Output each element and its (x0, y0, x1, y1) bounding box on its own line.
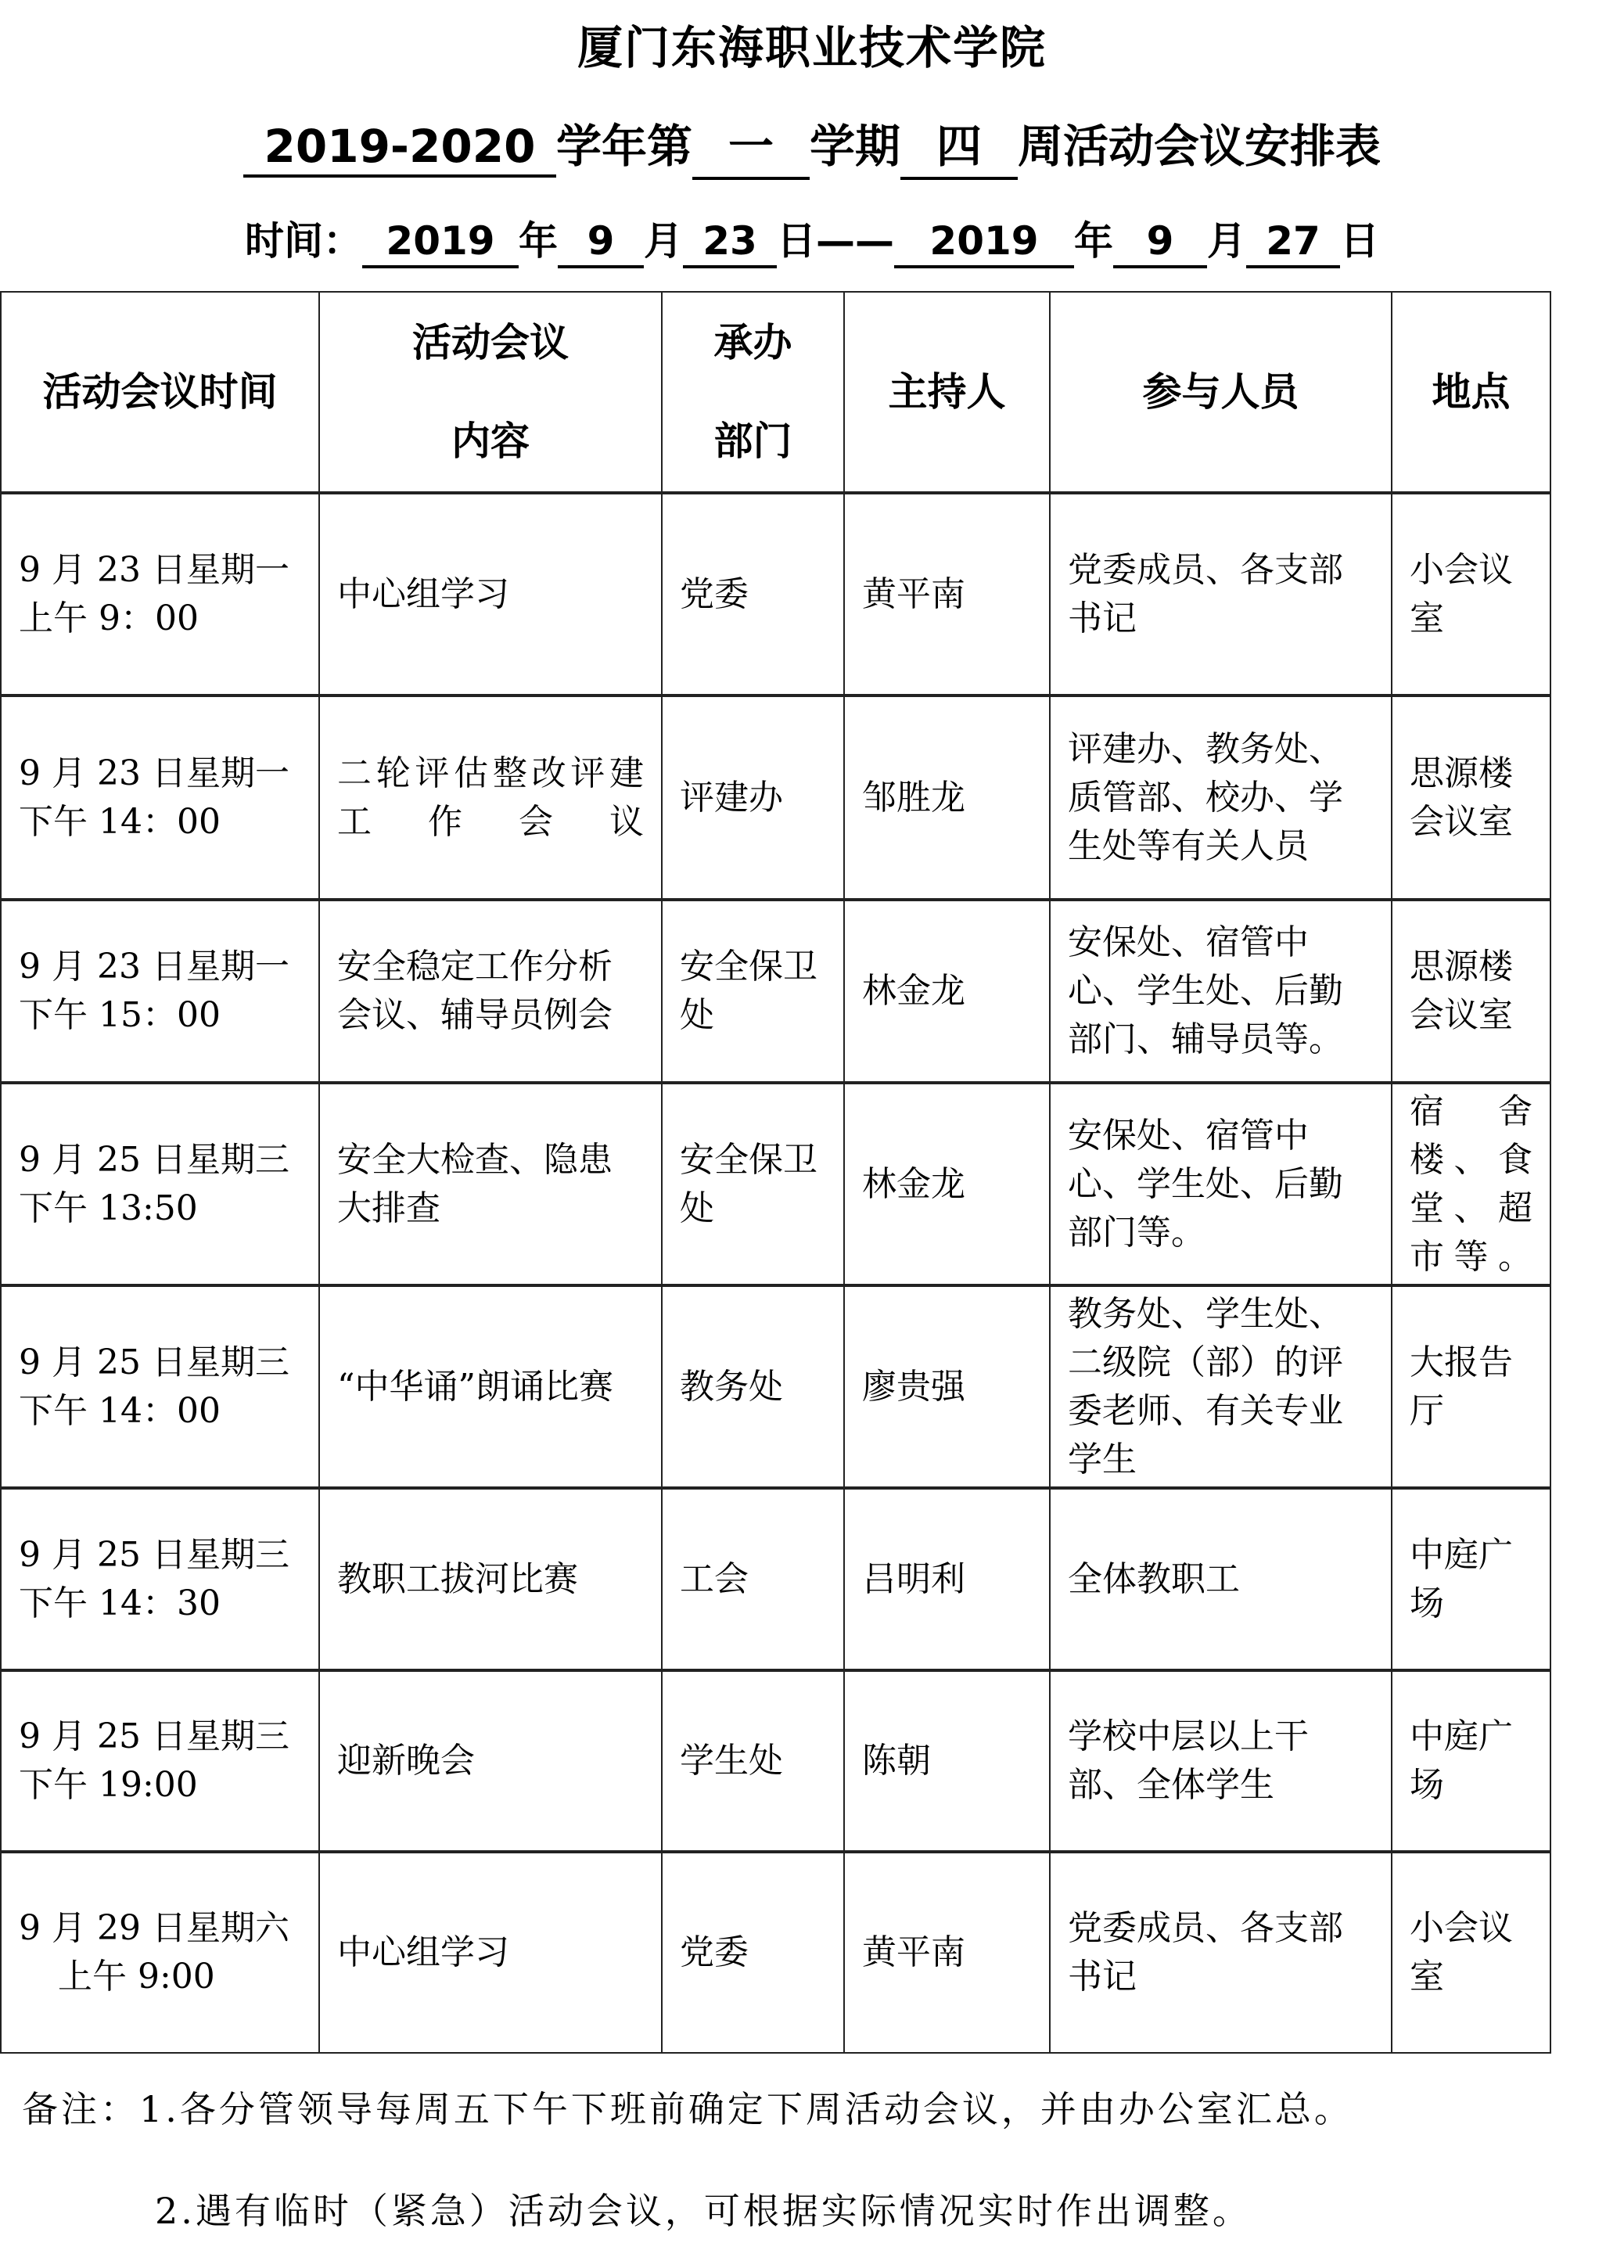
table-header-row: 活动会议时间 活动会议内容 承办部门 主持人 参与人员 地点 (1, 292, 1550, 493)
cell-location: 思源楼会议室 (1392, 695, 1550, 900)
cell-host: 黄平南 (844, 493, 1050, 695)
table-row: 9 月 25 日星期三下午 13:50 安全大检查、隐患大排查 安全保卫处 林金… (1, 1083, 1550, 1285)
end-year: 2019 (894, 218, 1074, 268)
year-unit-2: 年 (1074, 218, 1113, 264)
cell-time: 9 月 25 日星期三下午 14：30 (1, 1488, 319, 1670)
cell-content: 中心组学习 (319, 493, 662, 695)
cell-host: 林金龙 (844, 1083, 1050, 1285)
header-participants: 参与人员 (1050, 292, 1392, 493)
start-day: 23 (683, 218, 777, 268)
cell-content: 安全稳定工作分析会议、辅导员例会 (319, 900, 662, 1083)
date-label: 时间： (245, 218, 362, 264)
cell-location: 中庭广场 (1392, 1670, 1550, 1852)
subtitle-text-3: 周活动会议安排表 (1018, 120, 1381, 173)
cell-host: 黄平南 (844, 1852, 1050, 2053)
cell-dept: 党委 (662, 1852, 844, 2053)
subtitle-text-1: 学年第 (556, 120, 692, 173)
cell-location: 宿舍楼、食堂、超市等。 (1392, 1083, 1550, 1285)
schedule-title: 2019-2020学年第一学期四周活动会议安排表 (0, 110, 1624, 180)
cell-content: 安全大检查、隐患大排查 (319, 1083, 662, 1285)
table-row: 9 月 23 日星期一上午 9：00 中心组学习 党委 黄平南 党委成员、各支部… (1, 493, 1550, 695)
date-range: 时间：2019年9月23日——2019年9月27日 (0, 210, 1624, 268)
semester-number: 一 (692, 110, 810, 180)
cell-content: 中心组学习 (319, 1852, 662, 2053)
start-year: 2019 (362, 218, 519, 268)
day-unit-2: 日 (1340, 218, 1379, 264)
institution-title: 厦门东海职业技术学院 (0, 11, 1624, 77)
date-separator: —— (816, 218, 894, 264)
cell-dept: 学生处 (662, 1670, 844, 1852)
header-content: 活动会议内容 (319, 292, 662, 493)
month-unit-2: 月 (1207, 218, 1246, 264)
cell-participants: 党委成员、各支部书记 (1050, 493, 1392, 695)
cell-location: 思源楼会议室 (1392, 900, 1550, 1083)
cell-content: 教职工拔河比赛 (319, 1488, 662, 1670)
cell-participants: 教务处、学生处、二级院（部）的评委老师、有关专业学生 (1050, 1285, 1392, 1488)
cell-dept: 教务处 (662, 1285, 844, 1488)
cell-time: 9 月 23 日星期一下午 15：00 (1, 900, 319, 1083)
cell-dept: 评建办 (662, 695, 844, 900)
end-month: 9 (1113, 218, 1207, 268)
cell-participants: 学校中层以上干部、全体学生 (1050, 1670, 1392, 1852)
cell-host: 吕明利 (844, 1488, 1050, 1670)
cell-participants: 评建办、教务处、质管部、校办、学生处等有关人员 (1050, 695, 1392, 900)
day-unit: 日 (777, 218, 816, 264)
academic-year: 2019-2020 (243, 120, 556, 178)
cell-participants: 安保处、宿管中心、学生处、后勤部门、辅导员等。 (1050, 900, 1392, 1083)
table-row: 9 月 23 日星期一下午 14：00 二轮评估整改评建工作会议 评建办 邹胜龙… (1, 695, 1550, 900)
note-line-2: 2.遇有临时（紧急）活动会议，可根据实际情况实时作出调整。 (155, 2183, 1252, 2234)
cell-time: 9 月 25 日星期三下午 19:00 (1, 1670, 319, 1852)
cell-dept: 党委 (662, 493, 844, 695)
table-row: 9 月 23 日星期一下午 15：00 安全稳定工作分析会议、辅导员例会 安全保… (1, 900, 1550, 1083)
table-row: 9 月 29 日星期六上午 9:00 中心组学习 党委 黄平南 党委成员、各支部… (1, 1852, 1550, 2053)
schedule-table: 活动会议时间 活动会议内容 承办部门 主持人 参与人员 地点 9 月 23 日星… (0, 291, 1551, 2054)
header-location: 地点 (1392, 292, 1550, 493)
cell-time: 9 月 25 日星期三下午 13:50 (1, 1083, 319, 1285)
header-dept: 承办部门 (662, 292, 844, 493)
cell-participants: 安保处、宿管中心、学生处、后勤部门等。 (1050, 1083, 1392, 1285)
start-month: 9 (558, 218, 644, 268)
cell-host: 廖贵强 (844, 1285, 1050, 1488)
header-time: 活动会议时间 (1, 292, 319, 493)
week-number: 四 (900, 110, 1018, 180)
header-host: 主持人 (844, 292, 1050, 493)
cell-dept: 工会 (662, 1488, 844, 1670)
cell-host: 邹胜龙 (844, 695, 1050, 900)
note-line-1: 备注：1.各分管领导每周五下午下班前确定下周活动会议，并由办公室汇总。 (22, 2081, 1353, 2133)
cell-location: 小会议室 (1392, 493, 1550, 695)
table-row: 9 月 25 日星期三下午 19:00 迎新晚会 学生处 陈朝 学校中层以上干部… (1, 1670, 1550, 1852)
cell-participants: 全体教职工 (1050, 1488, 1392, 1670)
cell-time: 9 月 23 日星期一下午 14：00 (1, 695, 319, 900)
cell-location: 中庭广场 (1392, 1488, 1550, 1670)
cell-content: 二轮评估整改评建工作会议 (319, 695, 662, 900)
subtitle-text-2: 学期 (810, 120, 900, 173)
cell-time: 9 月 25 日星期三下午 14：00 (1, 1285, 319, 1488)
year-unit: 年 (519, 218, 558, 264)
cell-host: 林金龙 (844, 900, 1050, 1083)
cell-host: 陈朝 (844, 1670, 1050, 1852)
cell-dept: 安全保卫处 (662, 1083, 844, 1285)
cell-participants: 党委成员、各支部书记 (1050, 1852, 1392, 2053)
month-unit: 月 (644, 218, 683, 264)
cell-location: 大报告厅 (1392, 1285, 1550, 1488)
cell-location: 小会议室 (1392, 1852, 1550, 2053)
table-row: 9 月 25 日星期三下午 14：30 教职工拔河比赛 工会 吕明利 全体教职工… (1, 1488, 1550, 1670)
cell-time: 9 月 23 日星期一上午 9：00 (1, 493, 319, 695)
cell-content: “中华诵”朗诵比赛 (319, 1285, 662, 1488)
cell-content: 迎新晚会 (319, 1670, 662, 1852)
cell-dept: 安全保卫处 (662, 900, 844, 1083)
end-day: 27 (1246, 218, 1340, 268)
cell-time: 9 月 29 日星期六上午 9:00 (1, 1852, 319, 2053)
table-row: 9 月 25 日星期三下午 14：00 “中华诵”朗诵比赛 教务处 廖贵强 教务… (1, 1285, 1550, 1488)
